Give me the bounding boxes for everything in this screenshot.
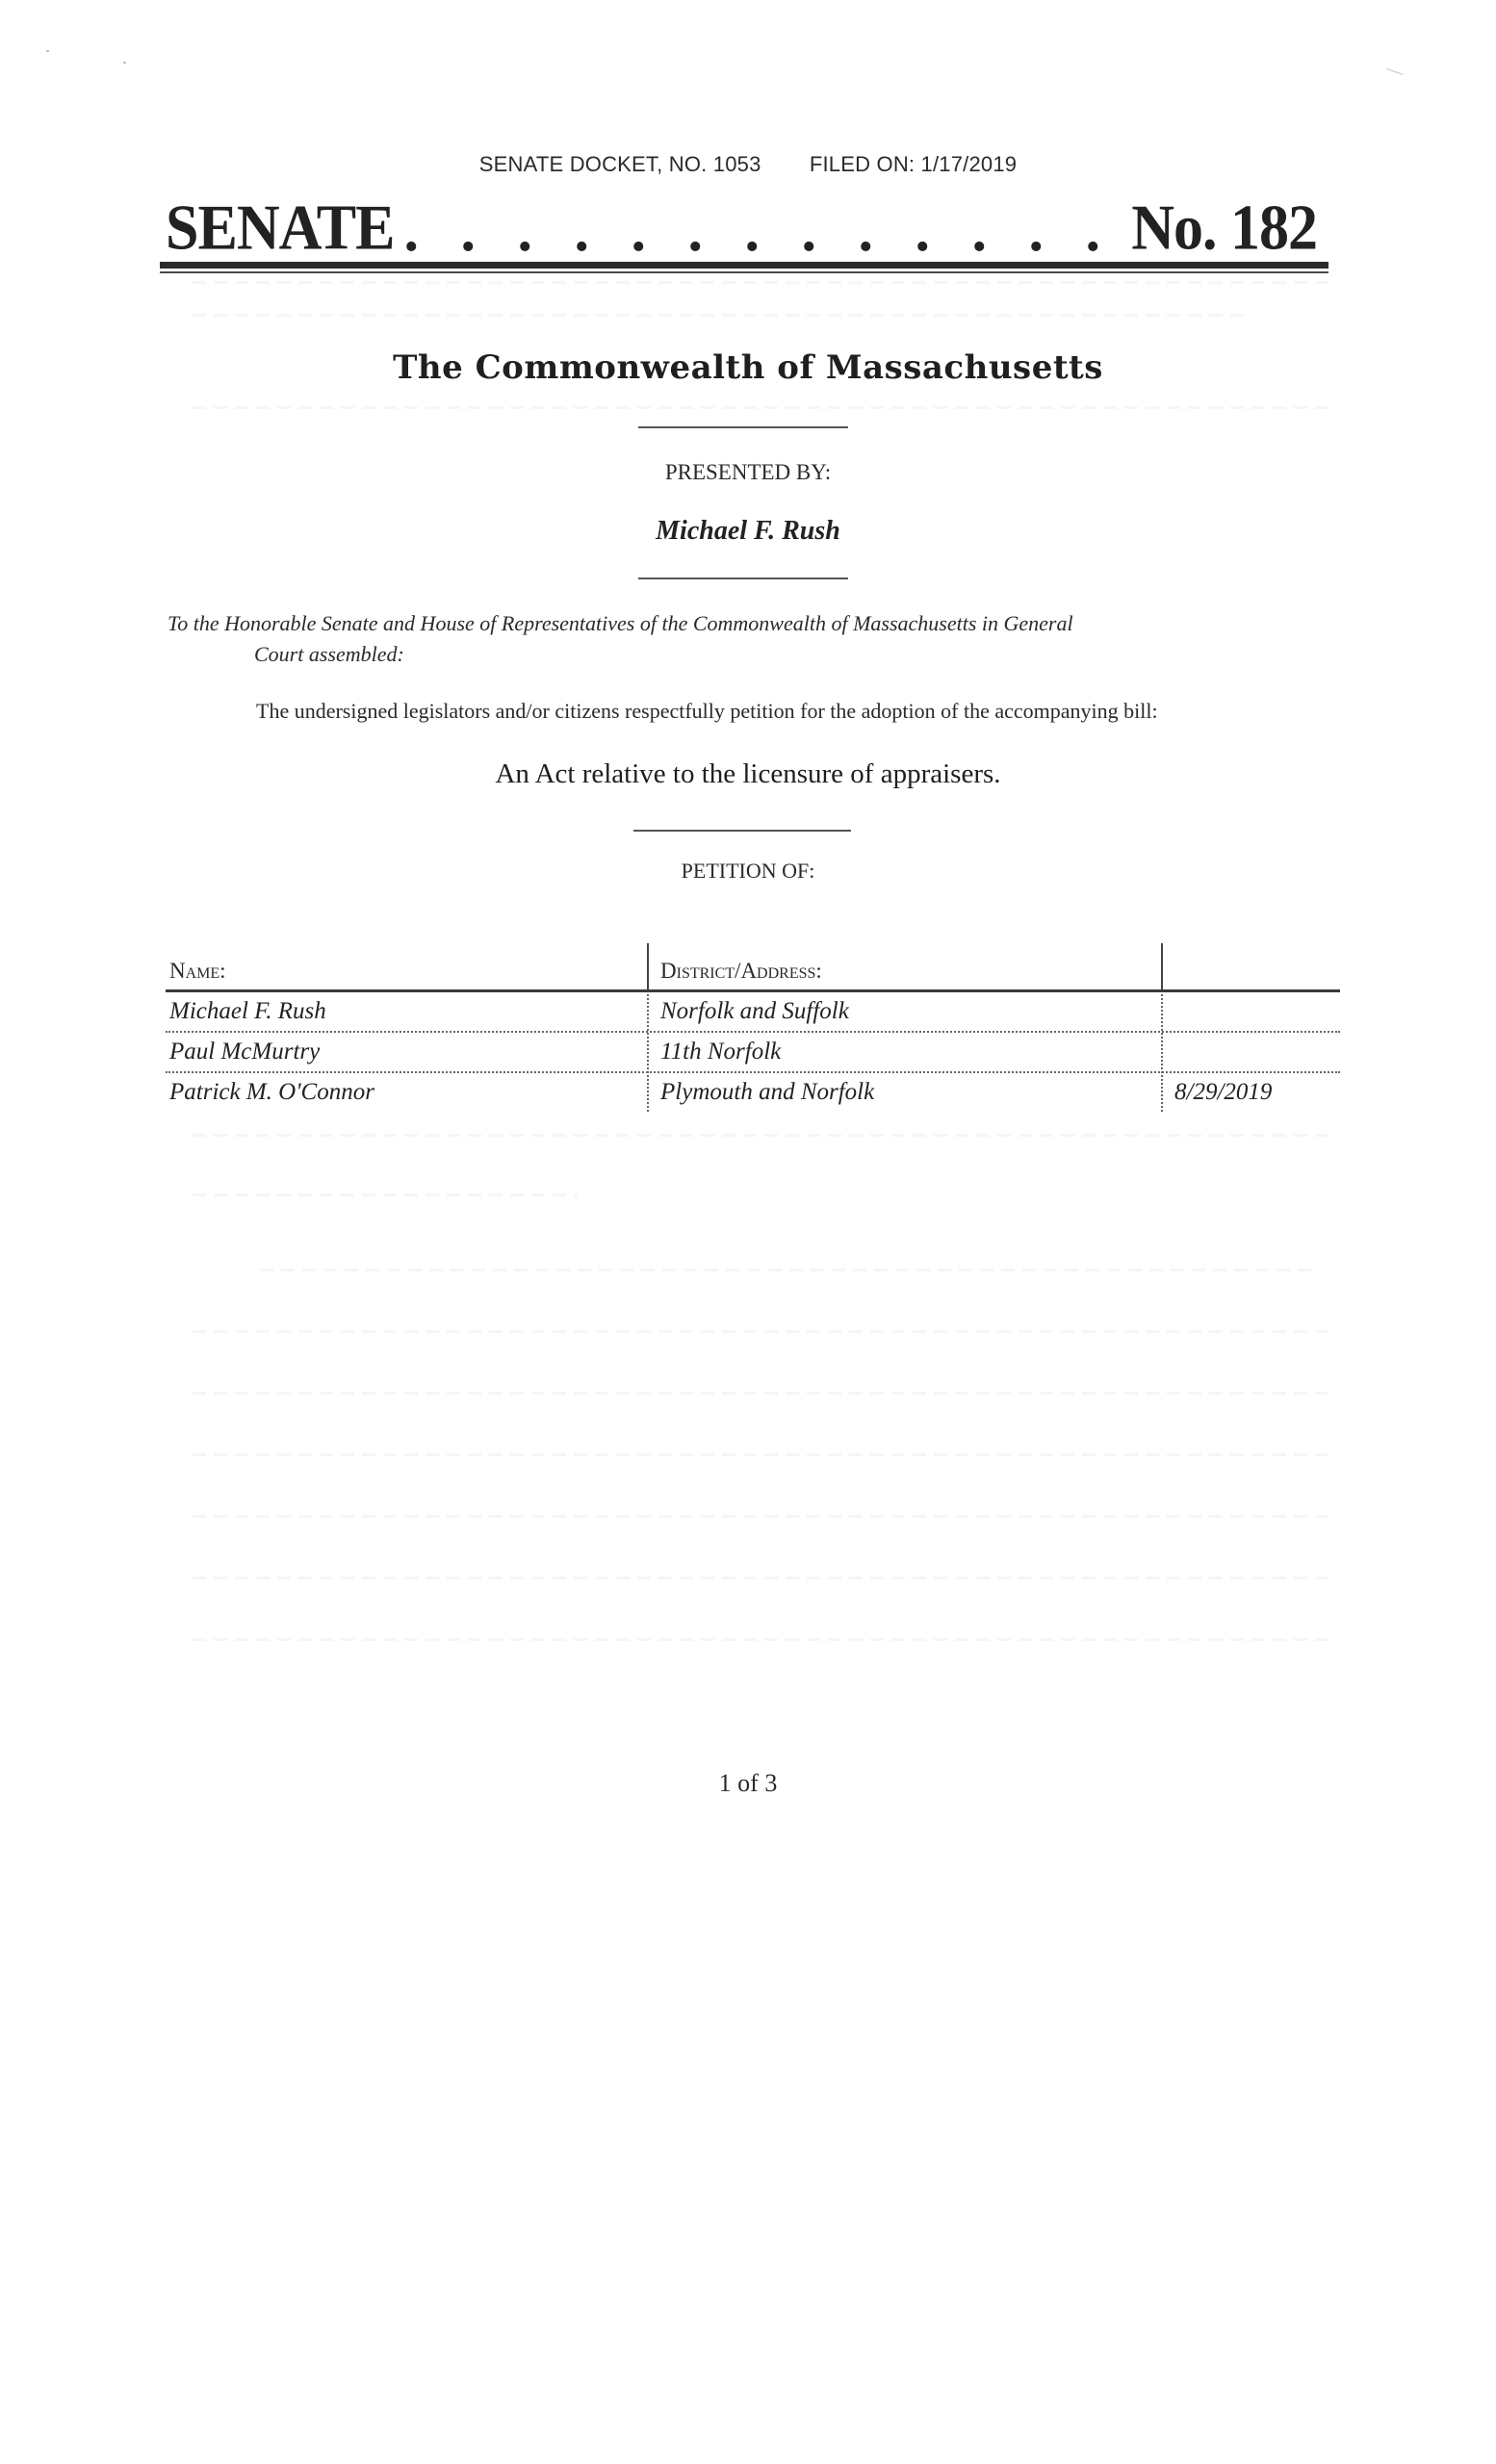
petitioner-name: Michael F. Rush [166, 998, 647, 1031]
bleed-through-text [193, 1193, 578, 1196]
address-line-1: To the Honorable Senate and House of Rep… [168, 611, 1073, 635]
petitioner-district: Norfolk and Suffolk [647, 998, 1161, 1031]
petition-statement: The undersigned legislators and/or citiz… [256, 699, 1344, 724]
address-line-2: Court assembled: [168, 639, 1265, 670]
heading-rule-thick [160, 262, 1328, 269]
docket-line: SENATE DOCKET, NO. 1053 FILED ON: 1/17/2… [0, 152, 1496, 177]
leader-dots: . . . . . . . . . . . . . . . [395, 197, 1132, 266]
bleed-through-text [193, 281, 1328, 284]
bill-heading: SENATE . . . . . . . . . . . . . . . No.… [166, 189, 1317, 266]
petitioner-date: 8/29/2019 [1161, 1079, 1340, 1112]
bleed-through-text [193, 314, 1251, 317]
petitioner-district: 11th Norfolk [647, 1039, 1161, 1071]
column-header-district: District/Address: [647, 959, 1161, 989]
page-number: 1 of 3 [0, 1769, 1496, 1798]
petitioner-district: Plymouth and Norfolk [647, 1079, 1161, 1112]
document-page: SENATE DOCKET, NO. 1053 FILED ON: 1/17/2… [0, 0, 1496, 2464]
divider-rule [633, 830, 851, 832]
scan-speck [123, 62, 126, 64]
petitioners-table: Name: District/Address: Michael F. Rush … [166, 947, 1340, 1112]
table-row: Patrick M. O'Connor Plymouth and Norfolk… [166, 1073, 1340, 1112]
bleed-through-text [193, 406, 1328, 409]
chamber-name: SENATE [166, 192, 395, 266]
bleed-through-text [193, 1134, 1328, 1137]
petitioner-date [1161, 1025, 1340, 1031]
divider-rule [638, 577, 848, 579]
bleed-through-text [193, 1453, 1328, 1456]
petition-of-label: PETITION OF: [0, 859, 1496, 884]
bleed-through-text [193, 1330, 1328, 1333]
petitioner-date [1161, 1065, 1340, 1071]
scan-speck [1386, 68, 1403, 75]
address-to-court: To the Honorable Senate and House of Rep… [168, 608, 1265, 670]
bill-number: No. 182 [1131, 192, 1317, 266]
table-row: Paul McMurtry 11th Norfolk [166, 1033, 1340, 1073]
act-title: An Act relative to the licensure of appr… [0, 758, 1496, 790]
presenter-name: Michael F. Rush [0, 516, 1496, 547]
bleed-through-text [193, 1515, 1328, 1518]
bleed-through-text [260, 1269, 1319, 1271]
petitioner-name: Paul McMurtry [166, 1039, 647, 1071]
bleed-through-text [193, 1577, 1328, 1579]
filed-date: FILED ON: 1/17/2019 [810, 152, 1017, 176]
bleed-through-text [193, 1392, 1328, 1395]
divider-rule [638, 426, 848, 428]
presented-by-label: PRESENTED BY: [0, 460, 1496, 485]
heading-rule-thin [160, 271, 1328, 273]
column-header-name: Name: [166, 959, 647, 989]
table-row: Michael F. Rush Norfolk and Suffolk [166, 992, 1340, 1033]
table-header-row: Name: District/Address: [166, 947, 1340, 992]
docket-number: SENATE DOCKET, NO. 1053 [479, 152, 761, 176]
scan-speck [46, 50, 49, 52]
commonwealth-title: The Commonwealth of Massachusetts [0, 348, 1496, 387]
bleed-through-text [193, 1638, 1328, 1641]
column-header-date [1161, 984, 1340, 989]
petitioner-name: Patrick M. O'Connor [166, 1079, 647, 1112]
